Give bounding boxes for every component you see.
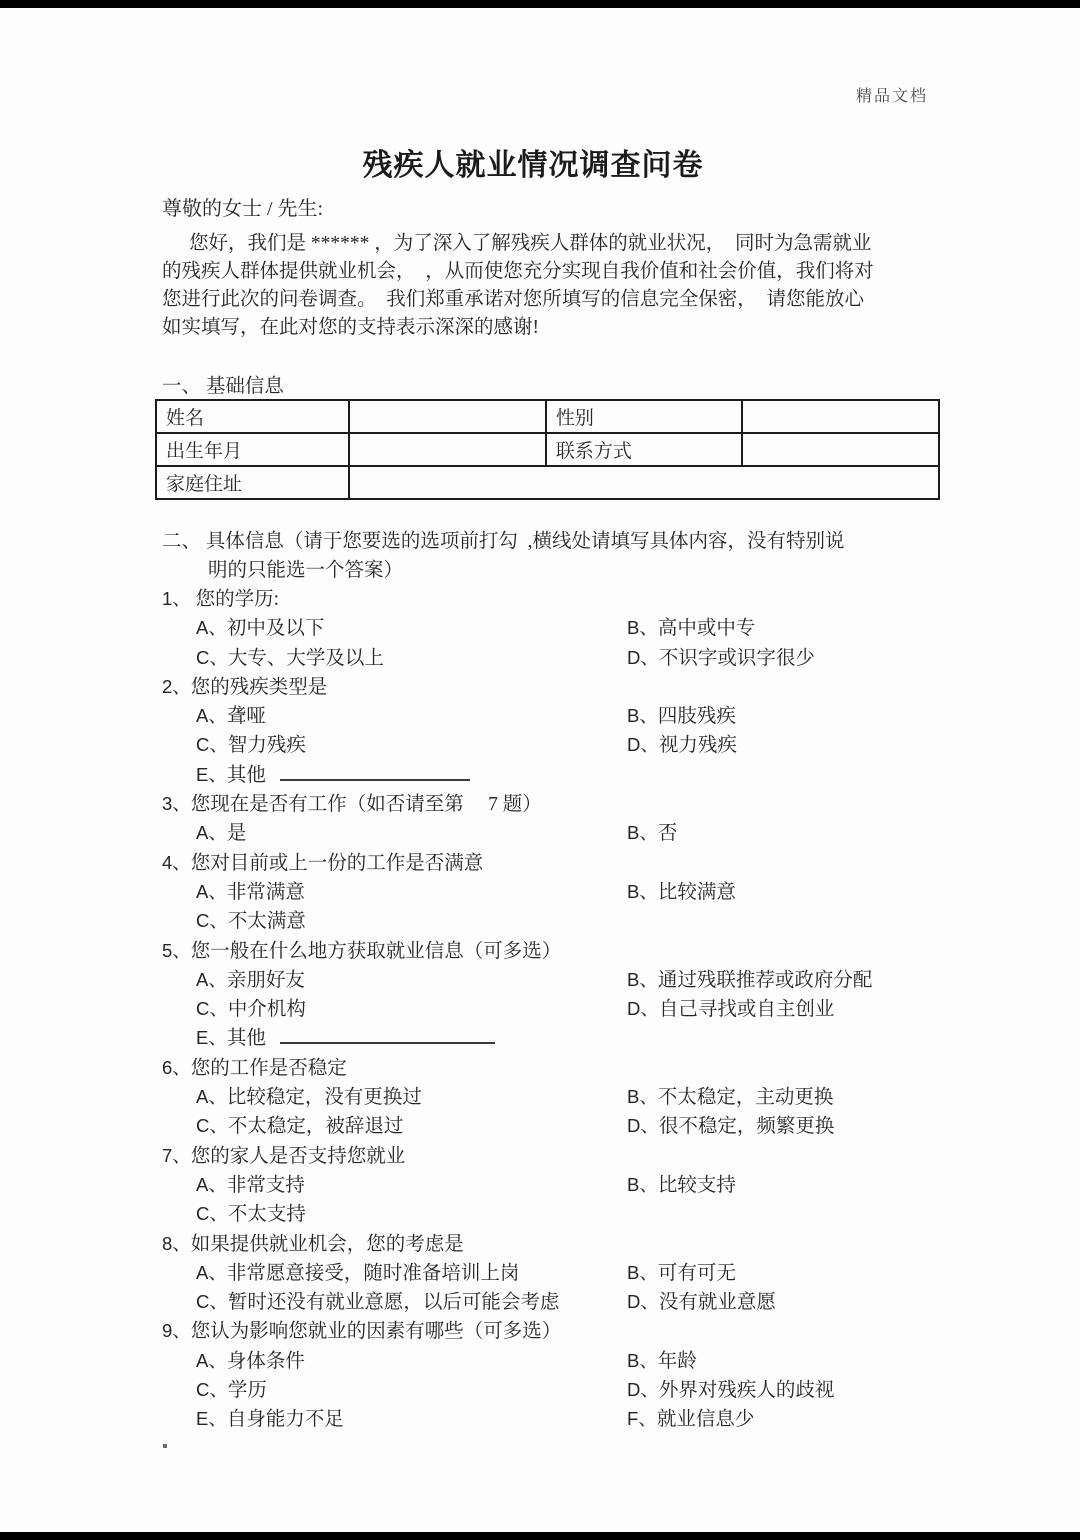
option-text: 没有就业意愿 (659, 1292, 776, 1313)
name-input-cell (349, 400, 546, 433)
question-title: 您的家人是否支持您就业 (191, 1146, 406, 1167)
option-row: C、暂时还没有就业意愿，以后可能会考虑D、没有就业意愿 (162, 1288, 940, 1317)
option-item: E、自身能力不足 (196, 1405, 627, 1434)
document-page: 精品文档 残疾人就业情况调查问卷 尊敬的女士 / 先生: 您好，我们是 ****… (0, 0, 1080, 1540)
questions: 1、 您的学历:A、初中及以下B、高中或中专C、大专、大学及以上D、不识字或识字… (162, 585, 940, 1435)
option-row: C、不太支持 (162, 1200, 940, 1229)
option-label: B、 (627, 881, 658, 902)
option-row: C、不太稳定，被辞退过D、很不稳定，频繁更换 (162, 1112, 940, 1141)
option-item: B、四肢残疾 (627, 702, 940, 731)
option-label: A、 (196, 617, 227, 638)
salutation: 尊敬的女士 / 先生: (162, 196, 940, 222)
name-label-cell: 姓名 (156, 400, 349, 433)
detail-heading-line: 明的只能选一个答案） (162, 556, 940, 585)
option-row: C、智力残疾D、视力残疾 (162, 731, 940, 760)
question-number: 7、 (162, 1145, 191, 1166)
option-item: D、外界对残疾人的歧视 (627, 1376, 940, 1405)
question-number: 4、 (162, 852, 191, 873)
option-item: B、不太稳定，主动更换 (627, 1083, 940, 1112)
question-title-line: 3、您现在是否有工作（如否请至第 7 题） (162, 790, 940, 819)
option-item: A、亲朋好友 (196, 966, 627, 995)
option-label: A、 (196, 881, 227, 902)
option-label: A、 (196, 822, 227, 843)
detail-heading-line: 二、 具体信息（请于您要选的选项前打勾 ,横线处请填写具体内容，没有特别说 (162, 527, 940, 556)
option-text: 聋哑 (227, 706, 266, 727)
option-item: E、其他 (196, 1024, 627, 1053)
option-item: A、比较稳定，没有更换过 (196, 1083, 627, 1112)
option-text: 大专、大学及以上 (228, 648, 384, 669)
option-item: B、高中或中专 (627, 614, 940, 643)
question-title: 您对目前或上一份的工作是否满意 (191, 853, 484, 874)
option-label: B、 (627, 969, 658, 990)
option-label: E、 (196, 1408, 227, 1429)
option-text: 学历 (228, 1380, 267, 1401)
question-title-line: 9、您认为影响您就业的因素有哪些（可多选） (162, 1317, 940, 1346)
option-label: C、 (196, 1115, 228, 1136)
question-title-line: 7、您的家人是否支持您就业 (162, 1142, 940, 1171)
option-item: B、否 (627, 819, 940, 848)
option-text: 其他 (227, 765, 266, 786)
scan-artifact-dot (163, 1444, 167, 1448)
intro-paragraph: 您好，我们是 ****** ，为了深入了解残疾人群体的就业状况， 同时为急需就业… (162, 230, 940, 342)
option-label: A、 (196, 1174, 227, 1195)
question-title: 您现在是否有工作（如否请至第 7 题） (191, 794, 542, 815)
option-row: A、身体条件B、年龄 (162, 1347, 940, 1376)
option-text: 非常愿意接受，随时准备培训上岗 (227, 1263, 520, 1284)
question-block: 1、 您的学历:A、初中及以下B、高中或中专C、大专、大学及以上D、不识字或识字… (162, 585, 940, 673)
option-label: E、 (196, 764, 227, 785)
fill-in-blank-line (280, 1027, 495, 1044)
option-item: C、中介机构 (196, 995, 627, 1024)
gender-label-cell: 性别 (546, 400, 743, 433)
option-item: B、年龄 (627, 1347, 940, 1376)
question-block: 7、您的家人是否支持您就业A、非常支持B、比较支持C、不太支持 (162, 1142, 940, 1230)
option-text: 初中及以下 (227, 618, 325, 639)
question-title-line: 8、如果提供就业机会，您的考虑是 (162, 1230, 940, 1259)
option-item: A、非常支持 (196, 1171, 627, 1200)
option-text: 身体条件 (227, 1351, 305, 1372)
option-text: 其他 (227, 1028, 266, 1049)
question-title: 您的工作是否稳定 (191, 1058, 347, 1079)
question-block: 5、您一般在什么地方获取就业信息（可多选）A、亲朋好友B、通过残联推荐或政府分配… (162, 937, 940, 1054)
option-text: 智力残疾 (228, 735, 306, 756)
option-item: C、暂时还没有就业意愿，以后可能会考虑 (196, 1288, 627, 1317)
option-text: 亲朋好友 (227, 970, 305, 991)
scan-artifact-bottom-bar (0, 1532, 1080, 1540)
option-label: D、 (627, 734, 659, 755)
section-heading-basic-info: 一、 基础信息 (162, 375, 940, 399)
intro-line: 如实填写，在此对您的支持表示深深的感谢! (162, 314, 940, 342)
gender-input-cell (742, 400, 939, 433)
question-block: 4、您对目前或上一份的工作是否满意A、非常满意B、比较满意C、不太满意 (162, 849, 940, 937)
option-row: C、大专、大学及以上D、不识字或识字很少 (162, 644, 940, 673)
option-label: B、 (627, 1350, 658, 1371)
option-text: 否 (658, 823, 678, 844)
question-number: 3、 (162, 793, 191, 814)
address-input-cell (349, 466, 939, 499)
option-label: C、 (196, 734, 228, 755)
option-row: A、初中及以下B、高中或中专 (162, 614, 940, 643)
option-item: C、大专、大学及以上 (196, 644, 627, 673)
option-label: C、 (196, 1203, 228, 1224)
option-row: A、聋哑B、四肢残疾 (162, 702, 940, 731)
option-row: E、其他 (162, 761, 940, 790)
birth-label-cell: 出生年月 (156, 433, 349, 466)
option-label: F、 (627, 1408, 657, 1429)
intro-line: 您好，我们是 ****** ，为了深入了解残疾人群体的就业状况， 同时为急需就业 (162, 230, 940, 258)
table-row: 家庭住址 (156, 466, 939, 499)
option-label: A、 (196, 705, 227, 726)
question-title-line: 6、您的工作是否稳定 (162, 1054, 940, 1083)
option-text: 视力残疾 (659, 735, 737, 756)
option-text: 非常支持 (227, 1175, 305, 1196)
option-text: 通过残联推荐或政府分配 (658, 970, 873, 991)
option-label: D、 (627, 1115, 659, 1136)
option-row: A、是B、否 (162, 819, 940, 848)
option-text: 自己寻找或自主创业 (659, 999, 835, 1020)
option-text: 很不稳定，频繁更换 (659, 1116, 835, 1137)
option-label: B、 (627, 617, 658, 638)
option-item: A、初中及以下 (196, 614, 627, 643)
option-label: E、 (196, 1027, 227, 1048)
option-text: 四肢残疾 (658, 706, 736, 727)
option-text: 不太支持 (228, 1204, 306, 1225)
option-text: 比较支持 (658, 1175, 736, 1196)
option-item: A、身体条件 (196, 1347, 627, 1376)
option-row: C、中介机构D、自己寻找或自主创业 (162, 995, 940, 1024)
option-item: A、是 (196, 819, 627, 848)
option-text: 不识字或识字很少 (659, 648, 815, 669)
option-row: A、非常满意B、比较满意 (162, 878, 940, 907)
option-label: D、 (627, 1291, 659, 1312)
option-label: C、 (196, 1379, 228, 1400)
table-row: 出生年月 联系方式 (156, 433, 939, 466)
option-text: 不太满意 (228, 911, 306, 932)
contact-input-cell (742, 433, 939, 466)
option-label: A、 (196, 1262, 227, 1283)
question-title: 您的残疾类型是 (191, 677, 328, 698)
option-text: 不太稳定，被辞退过 (228, 1116, 404, 1137)
question-block: 8、如果提供就业机会，您的考虑是A、非常愿意接受，随时准备培训上岗B、可有可无C… (162, 1230, 940, 1318)
question-block: 6、您的工作是否稳定A、比较稳定，没有更换过B、不太稳定，主动更换C、不太稳定，… (162, 1054, 940, 1142)
question-number: 6、 (162, 1057, 191, 1078)
option-item: B、比较支持 (627, 1171, 940, 1200)
question-title-line: 4、您对目前或上一份的工作是否满意 (162, 849, 940, 878)
question-block: 9、您认为影响您就业的因素有哪些（可多选）A、身体条件B、年龄C、学历D、外界对… (162, 1317, 940, 1434)
option-item: F、就业信息少 (627, 1405, 940, 1434)
option-item: D、没有就业意愿 (627, 1288, 940, 1317)
option-item: E、其他 (196, 761, 627, 790)
option-item: D、很不稳定，频繁更换 (627, 1112, 940, 1141)
intro-line: 您进行此次的问卷调查。 我们郑重承诺对您所填写的信息完全保密， 请您能放心 (162, 286, 940, 314)
option-label: C、 (196, 910, 228, 931)
option-row: A、非常支持B、比较支持 (162, 1171, 940, 1200)
option-item: C、不太支持 (196, 1200, 627, 1229)
birth-input-cell (349, 433, 546, 466)
question-block: 3、您现在是否有工作（如否请至第 7 题）A、是B、否 (162, 790, 940, 849)
option-label: B、 (627, 1086, 658, 1107)
option-label: A、 (196, 1086, 227, 1107)
question-number: 5、 (162, 940, 191, 961)
option-label: D、 (627, 998, 659, 1019)
contact-label-cell: 联系方式 (546, 433, 743, 466)
question-title: 您一般在什么地方获取就业信息（可多选） (191, 941, 562, 962)
option-item: A、聋哑 (196, 702, 627, 731)
option-item: C、智力残疾 (196, 731, 627, 760)
page-title: 残疾人就业情况调查问卷 (162, 149, 904, 183)
section-heading-detail-info: 二、 具体信息（请于您要选的选项前打勾 ,横线处请填写具体内容，没有特别说 明的… (162, 527, 940, 585)
option-item: C、不太稳定，被辞退过 (196, 1112, 627, 1141)
basic-info-table: 姓名 性别 出生年月 联系方式 家庭住址 (155, 399, 940, 500)
option-text: 比较满意 (658, 882, 736, 903)
option-item: B、比较满意 (627, 878, 940, 907)
option-item: B、可有可无 (627, 1259, 940, 1288)
question-title: 如果提供就业机会，您的考虑是 (191, 1234, 464, 1255)
question-title-line: 2、您的残疾类型是 (162, 673, 940, 702)
option-row: C、学历D、外界对残疾人的歧视 (162, 1376, 940, 1405)
fill-in-blank-line (280, 764, 470, 781)
option-item: A、非常满意 (196, 878, 627, 907)
option-label: C、 (196, 647, 228, 668)
option-text: 自身能力不足 (227, 1409, 344, 1430)
option-label: B、 (627, 705, 658, 726)
option-item: C、不太满意 (196, 907, 627, 936)
question-number: 2、 (162, 676, 191, 697)
option-label: B、 (627, 1174, 658, 1195)
option-text: 不太稳定，主动更换 (658, 1087, 834, 1108)
question-title-line: 5、您一般在什么地方获取就业信息（可多选） (162, 937, 940, 966)
option-row: A、比较稳定，没有更换过B、不太稳定，主动更换 (162, 1083, 940, 1112)
option-text: 就业信息少 (657, 1409, 755, 1430)
option-text: 是 (227, 823, 247, 844)
option-label: D、 (627, 647, 659, 668)
option-text: 外界对残疾人的歧视 (659, 1380, 835, 1401)
option-text: 比较稳定，没有更换过 (227, 1087, 422, 1108)
question-number: 1、 (162, 588, 191, 609)
option-text: 暂时还没有就业意愿，以后可能会考虑 (228, 1292, 560, 1313)
option-text: 可有可无 (658, 1263, 736, 1284)
document-content: 残疾人就业情况调查问卷 尊敬的女士 / 先生: 您好，我们是 ****** ，为… (162, 0, 940, 1435)
option-text: 年龄 (658, 1351, 697, 1372)
option-row: E、自身能力不足F、就业信息少 (162, 1405, 940, 1434)
option-label: A、 (196, 1350, 227, 1371)
option-text: 中介机构 (228, 999, 306, 1020)
option-text: 高中或中专 (658, 618, 756, 639)
option-label: C、 (196, 998, 228, 1019)
option-row: A、非常愿意接受，随时准备培训上岗B、可有可无 (162, 1259, 940, 1288)
option-text: 非常满意 (227, 882, 305, 903)
address-label-cell: 家庭住址 (156, 466, 349, 499)
question-title: 您认为影响您就业的因素有哪些（可多选） (191, 1321, 562, 1342)
option-row: E、其他 (162, 1024, 940, 1053)
option-item: A、非常愿意接受，随时准备培训上岗 (196, 1259, 627, 1288)
option-label: A、 (196, 969, 227, 990)
option-row: A、亲朋好友B、通过残联推荐或政府分配 (162, 966, 940, 995)
question-title-line: 1、 您的学历: (162, 585, 940, 614)
option-item: C、学历 (196, 1376, 627, 1405)
option-label: B、 (627, 1262, 658, 1283)
option-label: B、 (627, 822, 658, 843)
option-item: D、不识字或识字很少 (627, 644, 940, 673)
option-label: C、 (196, 1291, 228, 1312)
intro-line: 的残疾人群体提供就业机会， ，从而使您充分实现自我价值和社会价值，我们将对 (162, 258, 940, 286)
question-number: 8、 (162, 1233, 191, 1254)
option-item: D、视力残疾 (627, 731, 940, 760)
question-title: 您的学历: (191, 589, 279, 610)
table-row: 姓名 性别 (156, 400, 939, 433)
question-number: 9、 (162, 1320, 191, 1341)
option-label: D、 (627, 1379, 659, 1400)
option-item: B、通过残联推荐或政府分配 (627, 966, 940, 995)
option-row: C、不太满意 (162, 907, 940, 936)
question-block: 2、您的残疾类型是A、聋哑B、四肢残疾C、智力残疾D、视力残疾E、其他 (162, 673, 940, 790)
option-item: D、自己寻找或自主创业 (627, 995, 940, 1024)
